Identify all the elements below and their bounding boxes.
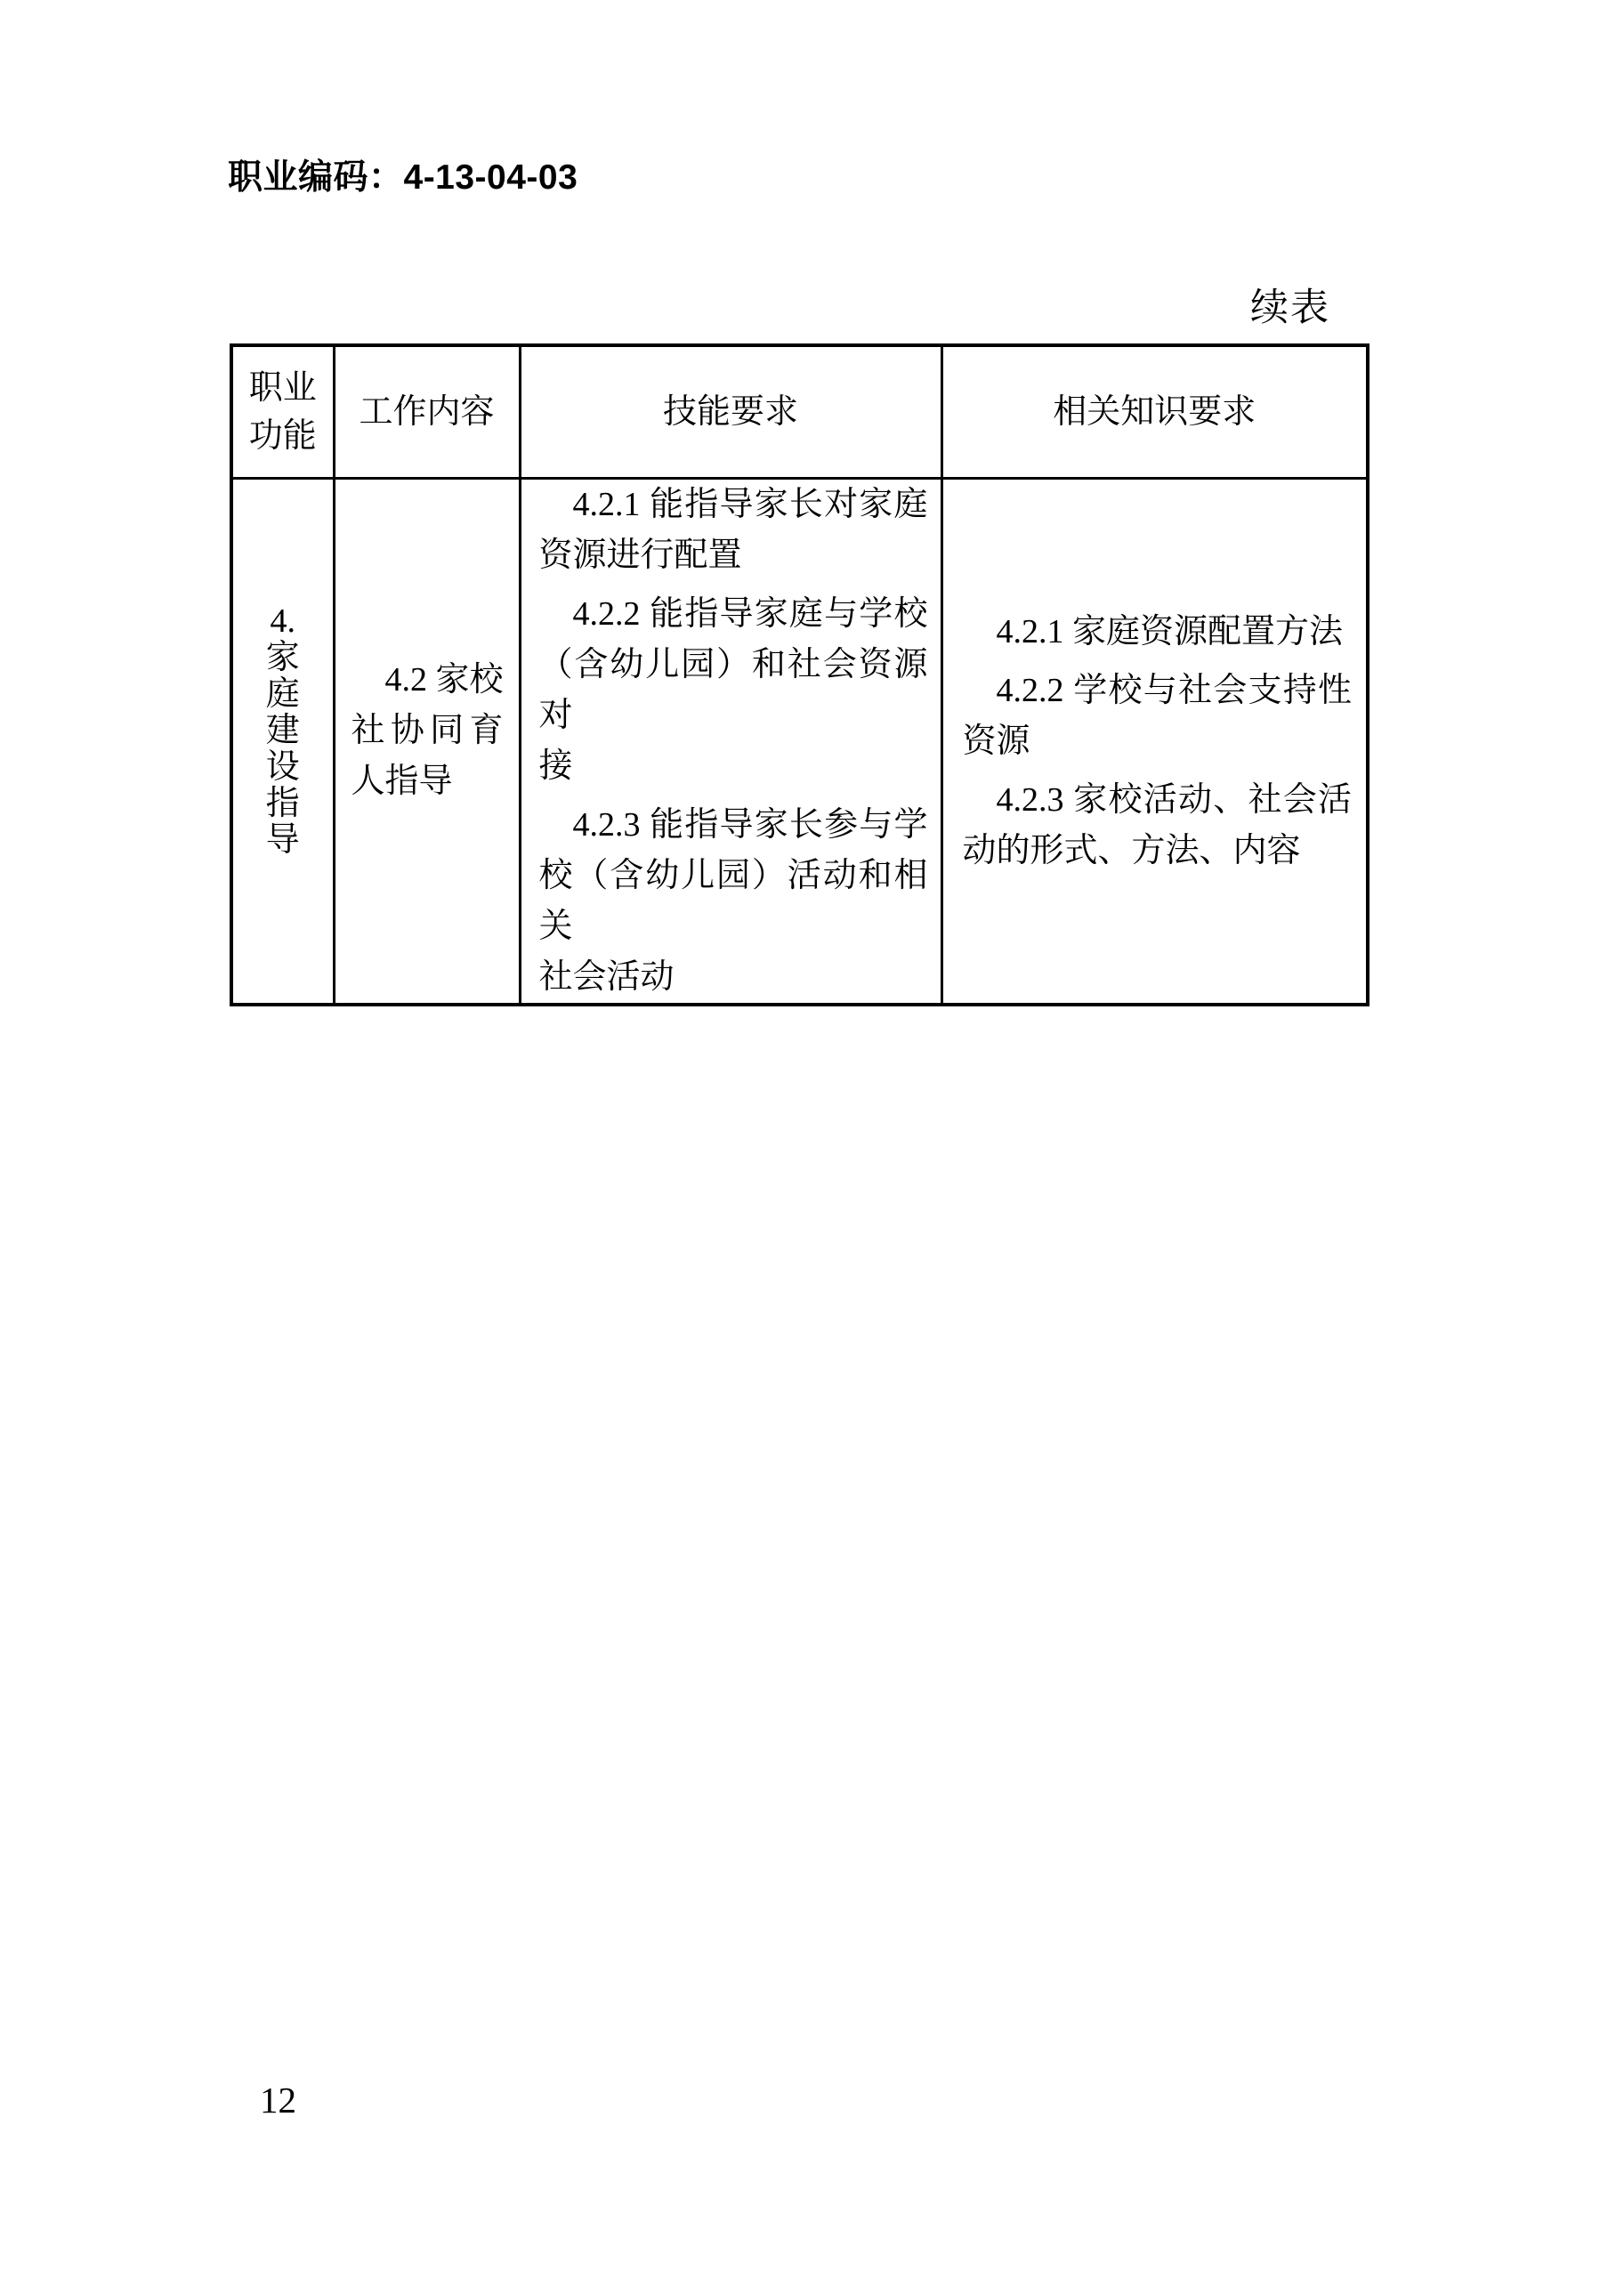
occupational-standard-table: 职业 功能 工作内容 技能要求 相关知识要求 4. 家 庭 建 设 指 导 [230,343,1369,1006]
header-knowledge-requirements: 相关知识要求 [941,345,1368,479]
cell-occupational-function: 4. 家 庭 建 设 指 导 [231,479,334,1006]
knowledge-line: 4.2.2 学校与社会支持性 [963,666,1353,716]
knowledge-line: 资源 [963,716,1353,767]
document-page: 职业编码：4-13-04-03 续表 职业 功能 工作内容 技能要求 相关知识要… [0,0,1624,2278]
knowledge-item-421: 4.2.1 家庭资源配置方法 [963,607,1353,658]
knowledge-line: 4.2.3 家校活动、社会活 [963,775,1353,826]
work-content-line: 社协同育 [351,706,504,756]
skill-line: 4.2.3 能指导家长参与学 [539,800,928,851]
cell-skill-requirements: 4.2.1 能指导家长对家庭 资源进行配置 4.2.2 能指导家庭与学校 （含幼… [520,479,941,1006]
header-occupational-function: 职业 功能 [231,345,334,479]
skill-line: 社会活动 [539,952,928,1003]
function-char: 家 [233,640,333,676]
skill-item-423: 4.2.3 能指导家长参与学 校（含幼儿园）活动和相关 社会活动 [539,800,928,1003]
skill-item-422: 4.2.2 能指导家庭与学校 （含幼儿园）和社会资源对 接 [539,589,928,792]
function-char: 建 [233,713,333,749]
work-content-line: 4.2 家校 [351,655,504,706]
work-content-paragraph: 4.2 家校 社协同育 人指导 [351,655,504,807]
skill-line: 资源进行配置 [539,530,928,581]
knowledge-line: 4.2.1 家庭资源配置方法 [963,607,1353,658]
page-number: 12 [260,2079,296,2121]
work-content-line: 人指导 [351,756,504,807]
skill-line: （含幼儿园）和社会资源对 [539,640,928,741]
function-char: 4. [233,603,333,640]
function-char: 指 [233,786,333,822]
header-skill-requirements: 技能要求 [520,345,941,479]
table-header-row: 职业 功能 工作内容 技能要求 相关知识要求 [231,345,1368,479]
knowledge-item-423: 4.2.3 家校活动、社会活 动的形式、方法、内容 [963,775,1353,876]
table-row: 4. 家 庭 建 设 指 导 4.2 家校 社协同育 人指导 [231,479,1368,1006]
continued-table-label: 续表 [1250,278,1330,332]
header-work-content: 工作内容 [334,345,520,479]
skill-line: 4.2.2 能指导家庭与学校 [539,589,928,640]
cell-work-content: 4.2 家校 社协同育 人指导 [334,479,520,1006]
skill-item-421: 4.2.1 能指导家长对家庭 资源进行配置 [539,480,928,581]
cell-knowledge-requirements: 4.2.1 家庭资源配置方法 4.2.2 学校与社会支持性 资源 4.2.3 家… [941,479,1368,1006]
skill-line: 校（含幼儿园）活动和相关 [539,851,928,952]
knowledge-line: 动的形式、方法、内容 [963,826,1353,876]
function-char: 庭 [233,676,333,713]
function-char: 导 [233,822,333,859]
knowledge-item-422: 4.2.2 学校与社会支持性 资源 [963,666,1353,767]
occupation-code: 职业编码：4-13-04-03 [228,149,578,199]
function-char: 设 [233,749,333,786]
skill-line: 4.2.1 能指导家长对家庭 [539,480,928,530]
skill-line: 接 [539,741,928,792]
